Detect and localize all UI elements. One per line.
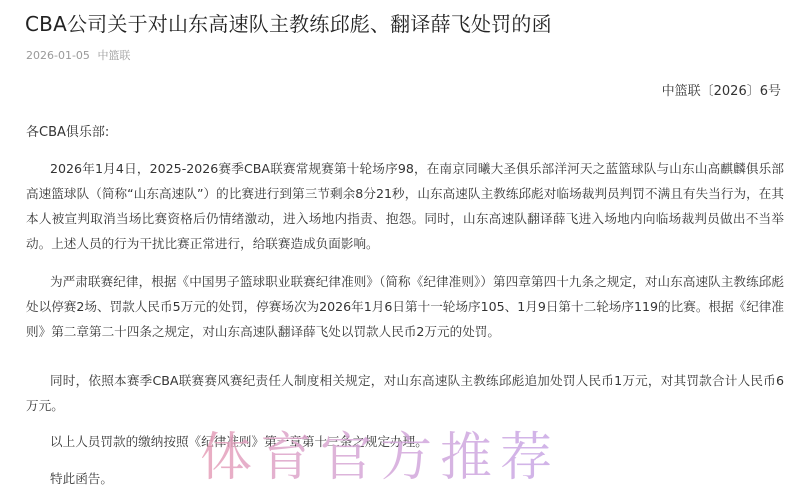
publish-date: 2026-01-05 — [26, 49, 90, 62]
paragraph-closing: 特此函告。 — [26, 466, 784, 491]
paragraph-additional-penalty: 同时，依照本赛季CBA联赛赛风赛纪责任人制度相关规定，对山东高速队主教练邱彪追加… — [26, 368, 784, 418]
paragraph-penalty: 为严肃联赛纪律，根据《中国男子篮球职业联赛纪律准则》（简称《纪律准则》）第四章第… — [26, 269, 784, 344]
salutation: 各CBA俱乐部: — [26, 121, 109, 140]
paragraph-payment: 以上人员罚款的缴纳按照《纪律准则》第一章第十三条之规定办理。 — [26, 429, 784, 454]
source-link[interactable]: 中篮联 — [97, 49, 130, 62]
paragraph-incident: 2026年1月4日，2025-2026赛季CBA联赛常规赛第十轮场序98，在南京… — [26, 156, 784, 256]
article-title: CBA公司关于对山东高速队主教练邱彪、翻译薛飞处罚的函 — [25, 10, 552, 38]
article-meta: 2026-01-05 中篮联 — [26, 47, 130, 63]
article-page: CBA公司关于对山东高速队主教练邱彪、翻译薛飞处罚的函 2026-01-05 中… — [0, 0, 806, 500]
document-number: 中篮联〔2026〕6号 — [662, 80, 781, 99]
